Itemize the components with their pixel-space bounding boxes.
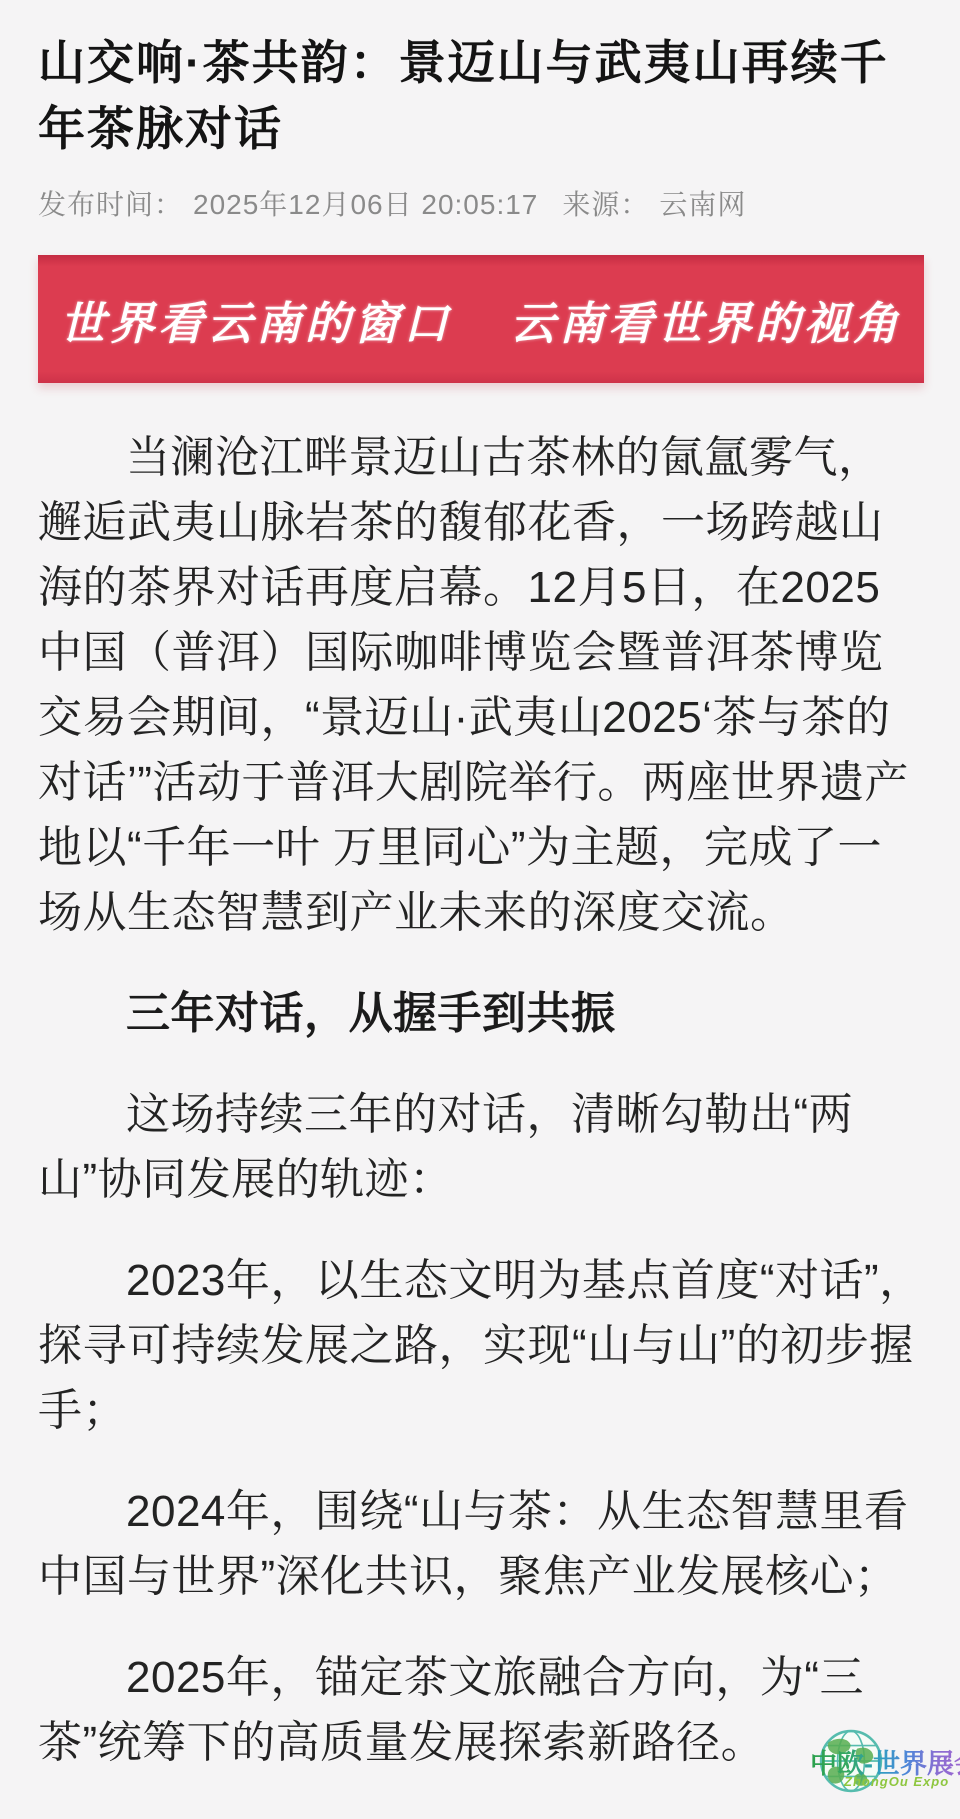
article-title: 山交响·茶共韵：景迈山与武夷山再续千年茶脉对话 bbox=[38, 30, 924, 162]
article-page: 山交响·茶共韵：景迈山与武夷山再续千年茶脉对话 发布时间：2025年12月06日… bbox=[0, 0, 960, 1775]
section-subheading: 三年对话，从握手到共振 bbox=[38, 981, 924, 1046]
paragraph-2023: 2023年，以生态文明为基点首度“对话”，探寻可持续发展之路，实现“山与山”的初… bbox=[38, 1248, 924, 1443]
source-label: 来源： bbox=[562, 189, 649, 220]
paragraph-intro: 当澜沧江畔景迈山古茶林的氤氲雾气，邂逅武夷山脉岩茶的馥郁花香，一场跨越山海的茶界… bbox=[38, 425, 924, 945]
paragraph-dialogue-track: 这场持续三年的对话，清晰勾勒出“两山”协同发展的轨迹： bbox=[38, 1082, 924, 1212]
article-meta: 发布时间：2025年12月06日 20:05:17来源：云南网 bbox=[38, 188, 924, 222]
publish-time-label: 发布时间： bbox=[38, 189, 183, 220]
source-value: 云南网 bbox=[659, 189, 746, 220]
publish-time-value: 2025年12月06日 20:05:17 bbox=[193, 189, 538, 220]
paragraph-2024: 2024年，围绕“山与茶：从生态智慧里看中国与世界”深化共识，聚焦产业发展核心； bbox=[38, 1479, 924, 1609]
watermark-brand-subtext: ZhongOu Expo bbox=[844, 1774, 954, 1789]
banner-slogan-right: 云南看世界的视角 bbox=[510, 287, 902, 352]
banner-slogan-left: 世界看云南的窗口 bbox=[60, 287, 452, 352]
promo-banner-image: 世界看云南的窗口 云南看世界的视角 bbox=[38, 255, 924, 383]
paragraph-2025: 2025年，锚定茶文旅融合方向，为“三茶”统筹下的高质量发展探索新路径。 bbox=[38, 1645, 924, 1775]
